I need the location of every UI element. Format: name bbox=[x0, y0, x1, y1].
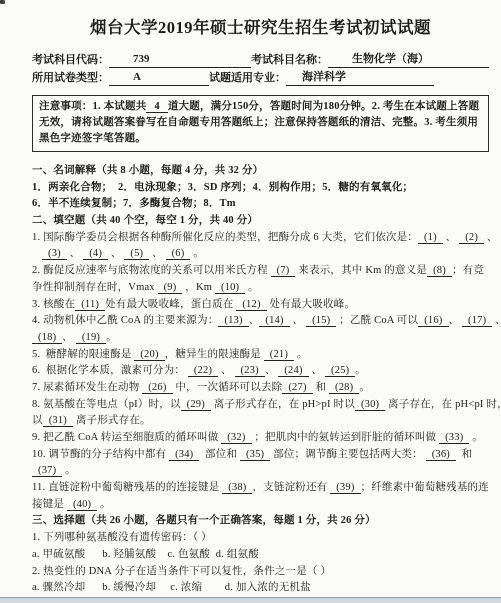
text-segment: 、 bbox=[249, 315, 260, 326]
text-segment: ；把肌肉中的氨转运到肝脏的循环叫做 bbox=[252, 432, 440, 443]
text-segment: 离子存在，在 pH<pI 时， bbox=[385, 399, 501, 410]
exam-line: 9. 把乙酰 CoA 转运至细胞质的循环叫做 (32) ；把肌肉中的氨转运到肝脏… bbox=[32, 430, 489, 447]
blank-underline: (22) bbox=[188, 365, 218, 377]
exam-line: 4. 动物机体中乙酰 CoA 的主要来源为：(13)、(14) 、 (15) ；… bbox=[32, 313, 489, 330]
paper-type-value: A bbox=[109, 70, 209, 86]
notice-text: 注意事项：1. 本试题共4道大题，满分150分，答题时间为180分钟。2. 考生… bbox=[39, 101, 479, 144]
blank-underline: (16) bbox=[418, 315, 448, 327]
section-2-heading: 二、填空题（共 40 个空，每空 1 分，共 40 分） bbox=[32, 213, 489, 230]
text-segment: 中，一次循环可以去除 bbox=[173, 382, 283, 393]
exam-line: 2. 热变性的 DNA 分子在适当条件下可以复性，条件之一是（ ） bbox=[32, 564, 489, 581]
text-segment: 1．两亲化合物； 2．电泳现象；3．SD 序列；4．别构作用；5．糖的有氧氧化； bbox=[32, 182, 413, 193]
text-segment: 。 bbox=[245, 282, 259, 293]
blank-underline: (20) bbox=[134, 349, 164, 361]
blank-underline: (23) bbox=[235, 365, 265, 377]
text-segment: 8. 氨基酸在等电点（pI）时，以 bbox=[32, 399, 181, 410]
exam-line: 10. 调节酶的分子结构中都有 (34) 部位和 (35) 部位；调节酶主要包括… bbox=[32, 447, 489, 464]
section-1-heading: 一、名词解释（共 8 小题，每题 4 分，共 32 分） bbox=[32, 163, 489, 180]
text-segment: 、 bbox=[265, 365, 279, 376]
blank-underline: (17) bbox=[462, 315, 492, 327]
text-segment: 2. 酶促反应速率与底物浓度的关系可以用米氏方程 bbox=[32, 265, 271, 276]
text-segment: 4. 动物机体中乙酰 CoA 的主要来源为： bbox=[32, 315, 218, 326]
exam-line: 5. 糖酵解的限速酶是 (20)，糖异生的限速酶是 (21) 。 bbox=[32, 347, 489, 364]
text-segment: 来表示，其中 Km 的意义是 bbox=[295, 265, 427, 276]
text-segment: 6．半不连续复制；7．多酶复合物；8．Tm bbox=[32, 198, 236, 209]
header-row-1: 考试科目代码： 739 考试科目名称： 生物化学（海） bbox=[32, 52, 489, 68]
exam-line: a. 甲硫氨酸 b. 羟脯氨酸 c. 色氨酸 d. 组氨酸 bbox=[32, 547, 489, 564]
blank-underline: (11) bbox=[75, 299, 105, 311]
exam-line: (3) 、 (4) 、 (5) 、 (6) 。 bbox=[32, 246, 489, 263]
text-segment: 处有最大吸收峰，蛋白质在 bbox=[105, 299, 236, 310]
text-segment: 接键是 bbox=[32, 499, 67, 510]
exam-line: (18)、 (19)。 bbox=[32, 330, 489, 347]
exam-line: 以(31) 离子形式存在。 bbox=[32, 413, 489, 430]
text-segment: 。 bbox=[190, 248, 204, 259]
text-segment: 11. 直链淀粉中葡萄糖残基的的连接键是 bbox=[32, 482, 222, 493]
exam-line: 接键是 (40) 。 bbox=[32, 497, 489, 514]
blank-underline: (12) bbox=[236, 299, 266, 311]
text-segment: a. 骤然冷却 b. 缓慢冷却 c. 浓缩 d. 加入浓的无机盐 bbox=[32, 582, 311, 593]
text-segment: ，Km bbox=[182, 282, 215, 293]
text-segment: 3. 核酸在 bbox=[32, 299, 75, 310]
blank-underline: (24) bbox=[278, 365, 308, 377]
text-segment: 9. 把乙酰 CoA 转运至细胞质的循环叫做 bbox=[32, 432, 221, 443]
section-1-terms: 1．两亲化合物； 2．电泳现象；3．SD 序列；4．别构作用；5．糖的有氧氧化； bbox=[32, 180, 489, 197]
blank-underline: (21) bbox=[264, 349, 294, 361]
exam-page: 烟台大学2019年硕士研究生招生考试初试试题 考试科目代码： 739 考试科目名… bbox=[0, 0, 501, 603]
exam-title: 烟台大学2019年硕士研究生招生考试初试试题 bbox=[32, 14, 489, 38]
blank-underline: (4) bbox=[83, 248, 108, 260]
text-segment: 二、填空题（共 40 个空，每空 1 分，共 40 分） bbox=[32, 215, 258, 226]
text-segment: 、 bbox=[62, 332, 76, 343]
section-1-terms: 6．半不连续复制；7．多酶复合物；8．Tm bbox=[32, 196, 489, 213]
text-segment: 。 bbox=[106, 332, 117, 343]
blank-underline: (6) bbox=[166, 248, 191, 260]
blank-underline: (8) bbox=[427, 265, 452, 277]
text-segment: 、 bbox=[67, 248, 83, 259]
text-segment: 2. 热变性的 DNA 分子在适当条件下可以复性，条件之一是（ ） bbox=[32, 566, 331, 577]
text-segment: 。 bbox=[62, 465, 76, 476]
blank-underline: (26) bbox=[142, 382, 172, 394]
blank-underline: (32) bbox=[221, 432, 251, 444]
text-segment: ，糖异生的限速酶是 bbox=[165, 349, 264, 360]
text-segment: 处有最大吸收峰。 bbox=[267, 299, 355, 310]
text-segment: 注意事项：1. 本试题共 bbox=[39, 101, 146, 112]
text-segment: 离子形式存在。 bbox=[73, 415, 151, 426]
blank-underline: (13) bbox=[218, 315, 248, 327]
scan-speck bbox=[0, 0, 3, 3]
blank-underline: (10) bbox=[215, 282, 245, 294]
blank-underline: (35) bbox=[240, 449, 270, 461]
text-segment: ，支链淀粉还有 bbox=[252, 482, 330, 493]
blank-underline: (28) bbox=[329, 382, 359, 394]
exam-line: 2. 酶促反应速率与底物浓度的关系可以用米氏方程 (7) 来表示，其中 Km 的… bbox=[32, 263, 489, 280]
exam-header: 考试科目代码： 739 考试科目名称： 生物化学（海） 所用试卷类型： A 试题… bbox=[32, 52, 489, 86]
text-segment: 7. 尿素循环发生在动物 bbox=[32, 382, 142, 393]
blank-underline: (37) bbox=[32, 465, 62, 477]
text-segment: 1. 下列哪种氨基酸没有遗传密码：（ ） bbox=[32, 532, 212, 543]
blank-underline: 4 bbox=[146, 101, 167, 113]
text-segment: 。 bbox=[469, 432, 483, 443]
subject-code-label: 考试科目代码： bbox=[32, 53, 109, 68]
text-segment: 和 bbox=[313, 382, 329, 393]
text-segment: 、 bbox=[443, 232, 459, 243]
exam-line: 1. 国际酶学委员会根据各种酶所催化反应的类型，把酶分成 6 大类，它们依次是：… bbox=[32, 230, 489, 247]
blank-underline: (2) bbox=[459, 232, 484, 244]
blank-underline: (15) bbox=[306, 315, 336, 327]
exam-line: 争性抑制剂存在时，Vmax (9) ，Km (10) 。 bbox=[32, 280, 489, 297]
text-segment: 离子形式存在，在 pH>pI 时以 bbox=[211, 399, 355, 410]
text-segment: 、 bbox=[108, 248, 124, 259]
section-3-heading: 三、选择题（共 26 小题，各题只有一个正确答案，每题 1 分，共 26 分） bbox=[32, 513, 489, 530]
subject-code-value: 739 bbox=[109, 52, 251, 68]
blank-underline: (33) bbox=[439, 432, 469, 444]
blank-underline: (38) bbox=[222, 482, 252, 494]
header-row-2: 所用试卷类型： A 试题适用专业： 海洋科学 bbox=[32, 70, 489, 86]
blank-underline: (29) bbox=[181, 399, 211, 411]
exam-line: 6. 根据化学本质，激素可分为： (22) 、 (23)、 (24) 、 (25… bbox=[32, 363, 489, 380]
exam-line: 3. 核酸在(11)处有最大吸收峰，蛋白质在 (12) 处有最大吸收峰。 bbox=[32, 297, 489, 314]
text-segment: 10. 调节酶的分子结构中都有 bbox=[32, 449, 169, 460]
exam-line: 1. 下列哪种氨基酸没有遗传密码：（ ） bbox=[32, 530, 489, 547]
text-segment: 、 bbox=[290, 315, 306, 326]
blank-underline: (5) bbox=[124, 248, 149, 260]
text-segment: 、 bbox=[149, 248, 165, 259]
blank-underline: (40) bbox=[67, 499, 97, 511]
major-label: 试题适用专业： bbox=[209, 71, 286, 86]
subject-name-label: 考试科目名称： bbox=[251, 53, 328, 68]
text-segment: 、 bbox=[449, 315, 463, 326]
blank-underline: (39) bbox=[330, 482, 360, 494]
blank-underline: (1) bbox=[418, 232, 443, 244]
text-segment: 部位；调节酶主要包括两大类： bbox=[270, 449, 425, 460]
blank-underline: (27) bbox=[282, 382, 312, 394]
text-segment: 。 bbox=[97, 499, 111, 510]
text-segment: 部位和 bbox=[199, 449, 240, 460]
text-segment: 5. 糖酵解的限速酶是 bbox=[32, 349, 134, 360]
scan-edge-strip bbox=[0, 597, 501, 603]
major-value: 海洋科学 bbox=[286, 70, 434, 86]
text-segment: 。 bbox=[355, 365, 366, 376]
text-segment: 一、名词解释（共 8 小题，每题 4 分，共 32 分） bbox=[32, 165, 263, 176]
blank-underline: (19) bbox=[76, 332, 106, 344]
text-segment: 6. 根据化学本质，激素可分为： bbox=[32, 365, 188, 376]
text-segment: 。 bbox=[359, 382, 370, 393]
blank-underline: (25) bbox=[325, 365, 355, 377]
blank-underline: (36) bbox=[426, 449, 456, 461]
blank-underline: (34) bbox=[169, 449, 199, 461]
blank-underline: (3) bbox=[42, 248, 67, 260]
exam-line: a. 骤然冷却 b. 缓慢冷却 c. 浓缩 d. 加入浓的无机盐 bbox=[32, 580, 489, 597]
blank-underline: (18) bbox=[32, 332, 62, 344]
text-segment: 三、选择题（共 26 小题，各题只有一个正确答案，每题 1 分，共 26 分） bbox=[32, 515, 376, 526]
notice-box: 注意事项：1. 本试题共4道大题，满分150分，答题时间为180分钟。2. 考生… bbox=[32, 95, 489, 152]
subject-name-value: 生物化学（海） bbox=[328, 52, 489, 68]
exam-line: 7. 尿素循环发生在动物 (26) 中，一次循环可以去除(27) 和 (28)。 bbox=[32, 380, 489, 397]
text-segment: 争性抑制剂存在时，Vmax bbox=[32, 282, 158, 293]
text-segment: 以 bbox=[32, 415, 43, 426]
blank-underline: (30) bbox=[355, 399, 385, 411]
exam-body: 一、名词解释（共 8 小题，每题 4 分，共 32 分）1．两亲化合物； 2．电… bbox=[32, 163, 489, 597]
blank-underline: (14) bbox=[259, 315, 289, 327]
text-segment: 、 bbox=[492, 315, 501, 326]
blank-underline: (9) bbox=[158, 282, 183, 294]
text-segment: a. 甲硫氨酸 b. 羟脯氨酸 c. 色氨酸 d. 组氨酸 bbox=[32, 549, 259, 560]
text-segment: ；纤维素中葡萄糖残基的连 bbox=[361, 482, 489, 493]
exam-line: (37) 。 bbox=[32, 463, 489, 480]
paper-type-label: 所用试卷类型： bbox=[32, 71, 109, 86]
text-segment: 、 bbox=[218, 365, 234, 376]
blank-underline: (31) bbox=[43, 415, 73, 427]
text-segment: ；乙酰 CoA 可以 bbox=[336, 315, 418, 326]
text-segment: 、 bbox=[484, 232, 498, 243]
text-segment: 1. 国际酶学委员会根据各种酶所催化反应的类型，把酶分成 6 大类，它们依次是： bbox=[32, 232, 418, 243]
text-segment: 、 bbox=[309, 365, 325, 376]
text-segment: 和 bbox=[456, 449, 472, 460]
blank-underline: (7) bbox=[271, 265, 296, 277]
text-segment: 。 bbox=[294, 349, 308, 360]
exam-line: 11. 直链淀粉中葡萄糖残基的的连接键是 (38)，支链淀粉还有 (39)；纤维… bbox=[32, 480, 489, 497]
text-segment: ；有竞 bbox=[452, 265, 484, 276]
exam-line: 8. 氨基酸在等电点（pI）时，以(29) 离子形式存在，在 pH>pI 时以(… bbox=[32, 397, 489, 414]
